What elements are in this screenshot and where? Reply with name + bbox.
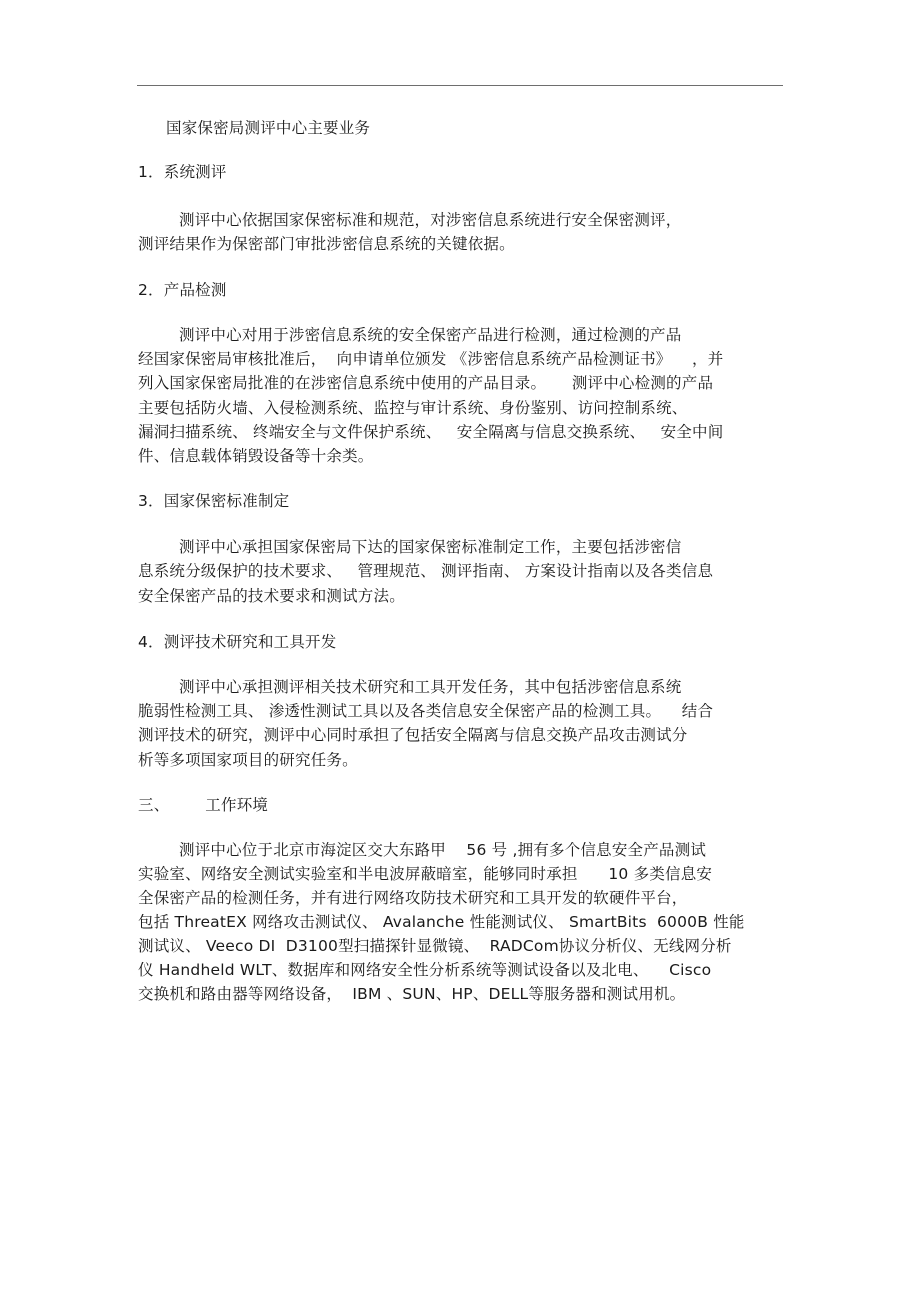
section-2-text: 件、信息载体销毁设备等十余类。: [138, 446, 374, 466]
section-4-text: 脆弱性检测工具、 渗透性测试工具以及各类信息安全保密产品的检测工具。 结合: [138, 701, 713, 721]
section-5-text: 交换机和路由器等网络设备， IBM 、SUN、HP、DELL等服务器和测试用机。: [138, 984, 685, 1004]
section-3-text: 息系统分级保护的技术要求、 管理规范、 测评指南、 方案设计指南以及各类信息: [138, 561, 713, 581]
section-5-text: 全保密产品的检测任务，并有进行网络攻防技术研究和工具开发的软硬件平台，: [138, 888, 688, 908]
section-4-text: 析等多项国家项目的研究任务。: [138, 750, 358, 770]
section-1-text: 测评结果作为保密部门审批涉密信息系统的关键依据。: [138, 234, 515, 254]
section-5-heading: 三、 工作环境: [138, 795, 268, 815]
section-5-text: 测试议、 Veeco DI D3100型扫描探针显微镜、 RADCom协议分析仪…: [138, 936, 732, 956]
document-title: 国家保密局测评中心主要业务: [166, 118, 370, 138]
section-1-text: 测评中心依据国家保密标准和规范，对涉密信息系统进行安全保密测评，: [138, 210, 681, 230]
section-3-heading: 3．国家保密标准制定: [138, 491, 289, 511]
header-rule: [137, 85, 783, 86]
section-5-text: 仪 Handheld WLT、数据库和网络安全性分析系统等测试设备以及北电、 C…: [138, 960, 711, 980]
section-3-text: 安全保密产品的技术要求和测试方法。: [138, 586, 405, 606]
section-2-text: 测评中心对用于涉密信息系统的安全保密产品进行检测，通过检测的产品: [138, 325, 681, 345]
section-4-heading: 4．测评技术研究和工具开发: [138, 632, 336, 652]
section-5-text: 实验室、网络安全测试实验室和半电波屏蔽暗室，能够同时承担 10 多类信息安: [138, 864, 712, 884]
section-5-text: 测评中心位于北京市海淀区交大东路甲 56 号 ,拥有多个信息安全产品测试: [138, 840, 706, 860]
section-2-text: 列入国家保密局批准的在涉密信息系统中使用的产品目录。 测评中心检测的产品: [138, 373, 713, 393]
section-2-text: 经国家保密局审核批准后， 向申请单位颁发 《涉密信息系统产品检测证书》 ，并: [138, 349, 723, 369]
section-2-text: 漏洞扫描系统、 终端安全与文件保护系统、 安全隔离与信息交换系统、 安全中间: [138, 422, 723, 442]
section-3-text: 测评中心承担国家保密局下达的国家保密标准制定工作，主要包括涉密信: [138, 537, 681, 557]
section-5-text: 包括 ThreatEX 网络攻击测试仪、 Avalanche 性能测试仪、 Sm…: [138, 912, 745, 932]
section-2-text: 主要包括防火墙、入侵检测系统、监控与审计系统、身份鉴别、访问控制系统、: [138, 398, 688, 418]
section-2-heading: 2．产品检测: [138, 280, 227, 300]
section-1-heading: 1．系统测评: [138, 162, 227, 182]
section-4-text: 测评技术的研究，测评中心同时承担了包括安全隔离与信息交换产品攻击测试分: [138, 725, 688, 745]
section-4-text: 测评中心承担测评相关技术研究和工具开发任务，其中包括涉密信息系统: [138, 677, 681, 697]
